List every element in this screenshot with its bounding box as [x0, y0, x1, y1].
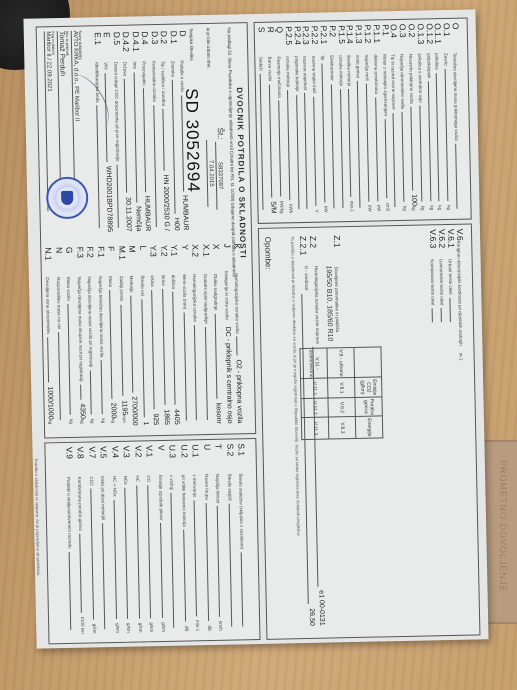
field-code: P.2.5	[284, 26, 293, 56]
field-value: S/M	[270, 201, 277, 214]
field-code: D.4.1	[131, 31, 140, 61]
field-code: P.2.4	[293, 26, 302, 56]
field-unit: dB	[183, 626, 188, 632]
field-label: Barva vozila	[267, 57, 272, 82]
field-code: S.2	[225, 443, 234, 473]
field-code: N	[54, 247, 63, 277]
field-line	[160, 523, 169, 618]
field-row: V.1COg/km	[145, 445, 157, 635]
field-unit: l/100 km	[79, 617, 84, 634]
field-value: 2700/000	[130, 396, 138, 425]
field-code: D	[178, 30, 187, 60]
field-label: Število stojišč	[226, 474, 231, 501]
series-label: Serijska številka	[188, 28, 194, 88]
field-label: Število sedežev (vključno z voznikom)	[238, 473, 244, 549]
field-code: Q	[275, 26, 284, 56]
field-line	[170, 493, 180, 628]
field-row: V.6.1Urbani testni cikel	[446, 229, 457, 329]
field-label: Največja dovoljena masa skupine vozil pr…	[76, 277, 83, 382]
field-code: F.3	[75, 247, 84, 277]
field-value: DC - priklopnik s centralno osjo	[223, 327, 232, 424]
field-row: F.2Največja dovoljena masa vozila pri re…	[86, 246, 98, 426]
field-code: O.1.2	[425, 23, 434, 53]
field-code: D.4.2	[121, 32, 130, 62]
field-label: pogonske baterije	[293, 56, 298, 92]
field-line	[241, 552, 250, 626]
field-code: X.2	[191, 244, 200, 274]
field-code: F.2	[86, 246, 95, 276]
field-line	[143, 88, 152, 191]
field-unit: m-1	[458, 353, 463, 361]
field-value: HN 2000/2530 G /	[162, 174, 170, 231]
field-line	[100, 360, 108, 414]
field-code: X	[212, 244, 221, 274]
field-label: Urbani testni cikel	[447, 259, 452, 295]
field-row: V.8Kombinirana poraba gorival/100 km	[76, 447, 88, 637]
field-line	[432, 308, 439, 322]
field-code: P.1.5	[337, 25, 346, 55]
field-code: P.1.3	[354, 25, 363, 55]
field-row: U.2pri vrtilni frekvenci motorjadB	[179, 444, 191, 634]
field-value: 1865	[162, 409, 169, 425]
field-label: Število osi	[139, 275, 144, 296]
field-label: Podatki o okoljevarstvenem razredu	[65, 477, 71, 549]
field-code: Y.3	[149, 245, 158, 275]
field-code: P.2	[328, 25, 337, 55]
table-header-co2: Emisije CO2 (g/km)	[355, 377, 382, 397]
field-label: Najvišja hitrost	[215, 474, 220, 503]
field-line	[90, 370, 98, 415]
field-code: P.1.1	[372, 24, 381, 54]
field-line	[58, 332, 67, 420]
field-label: CO2	[88, 476, 93, 485]
field-label: Kombinirani testni cikel	[429, 259, 434, 305]
field-code: X.1	[201, 244, 210, 274]
field-unit: mm	[121, 415, 126, 423]
field-label: največja moč	[364, 55, 369, 81]
panel-consumption-remarks: V.6Korigiran absorpcijski koeficient pri…	[258, 223, 481, 639]
field-label: Zavrto	[443, 53, 448, 66]
field-label: Nezavrto priklopno vozilo	[408, 54, 414, 104]
technical-fields-list: OTehnično dovoljena masa priklopnega voz…	[255, 19, 467, 23]
field-unit: kg	[68, 419, 73, 424]
field-code: K	[233, 243, 242, 273]
field-line	[236, 337, 243, 356]
field-label: pri vrtilni frekvenci motorja	[180, 475, 186, 527]
field-line	[130, 295, 139, 392]
field-code: V.1	[145, 445, 154, 475]
z21-code: Z.2.1	[299, 236, 308, 266]
field-code: U	[202, 444, 211, 474]
field-label: Korigiran absorpcijski koeficient pri di…	[456, 241, 463, 346]
field-code: V.6.3	[428, 229, 437, 259]
field-code: Y.1	[170, 245, 179, 275]
field-unit: min-1	[349, 201, 354, 212]
z2-value: e1 00-0131	[316, 590, 325, 626]
emissions-table-header: Emisije CO2 (g/km) Poraba goriva Energij…	[354, 347, 383, 439]
field-value: 100	[410, 194, 417, 206]
field-code: O.1	[442, 23, 451, 53]
field-unit: cm3	[384, 203, 389, 212]
field-unit: g/km	[91, 624, 96, 634]
field-line	[194, 500, 203, 616]
z21-value: 26,50	[306, 608, 315, 626]
field-label: Datum izdaje COC dokumenta ali prve regi…	[112, 62, 119, 162]
field-value: O2 - priklopna vozila	[235, 359, 243, 423]
field-code: U.3	[168, 445, 177, 475]
official-stamp	[46, 176, 89, 219]
field-code: E	[102, 32, 111, 62]
conformity-certificate-sheet: DVOCNIK POTRDILA O SKLADNOSTI Na podlagi…	[23, 9, 488, 648]
field-label: nazivna trajna moč	[311, 56, 316, 94]
consumption-fields-list: V.6Korigiran absorpcijski koeficient pri…	[259, 224, 471, 228]
field-code: V.4	[110, 446, 119, 476]
field-value: 30.11.2007	[124, 197, 132, 232]
field-code: N.1	[44, 247, 53, 277]
field-line	[79, 534, 88, 613]
field-label: prikolica	[434, 53, 439, 70]
tires-label: Dovoljene pnevmatike in platišča	[334, 267, 340, 333]
field-label: Zadnji previs	[118, 276, 123, 302]
field-value: 925	[152, 413, 159, 425]
field-value: 1195	[120, 400, 127, 415]
field-value: HUMBAUR	[181, 195, 189, 231]
field-code: D.2	[159, 31, 168, 61]
field-label: Tip / različica / izvedba	[160, 61, 165, 106]
field-unit: kW	[367, 205, 372, 212]
field-row: U.1v mirovanjumin-1	[191, 444, 203, 634]
field-value: WHD2001BPD78895	[105, 166, 113, 232]
field-line	[449, 297, 457, 322]
field-unit: kg	[411, 206, 416, 211]
field-line	[47, 337, 55, 382]
field-code: Y	[180, 244, 189, 274]
field-code: V.8	[76, 447, 85, 477]
field-code: V.6.2	[437, 229, 446, 259]
field-line	[147, 485, 157, 619]
field-code: D.4	[140, 31, 149, 61]
field-unit: kg	[100, 418, 105, 423]
field-unit: g/km	[160, 622, 165, 632]
field-line	[172, 292, 181, 405]
field-code: S.1	[237, 443, 246, 473]
panel-technical-fields: OTehnično dovoljena masa priklopnega voz…	[254, 18, 472, 224]
field-code: V.2	[133, 445, 142, 475]
number-value: S8337097	[216, 142, 224, 210]
field-row: V.7CO2g/km	[87, 446, 99, 636]
field-row: S.2Število stojišč	[225, 443, 237, 633]
field-code: L	[138, 245, 147, 275]
field-line	[109, 290, 118, 399]
z2-label: Homologacijska oznaka vezne naprave	[309, 266, 319, 344]
field-label: številka motorja	[346, 55, 351, 86]
field-code: O.2	[407, 24, 416, 54]
field-line	[136, 485, 146, 619]
field-line	[151, 290, 161, 410]
field-line	[124, 488, 134, 619]
field-value: HUMBAUR	[143, 196, 151, 232]
field-code: D.3	[150, 31, 159, 61]
field-line	[116, 165, 124, 228]
field-label: oznaka motorja	[337, 55, 342, 86]
issued-label: ki je bilo izdano dne:	[206, 28, 212, 69]
field-label: Razmerje moč/masa	[276, 56, 281, 97]
field-code: S	[258, 27, 267, 57]
field-value: 1000/1000	[46, 386, 54, 419]
field-code: E.1	[93, 32, 102, 62]
field-row: V.6Korigiran absorpcijski koeficient pri…	[455, 229, 466, 329]
field-label: Homologacijska oznaka	[191, 274, 196, 322]
field-line	[102, 523, 111, 629]
field-value: 2000	[110, 403, 117, 419]
field-label: Znamka	[169, 61, 174, 77]
field-label: Homologacijska oznaka vozila	[233, 273, 239, 333]
field-code: P.2.1	[319, 25, 328, 55]
number-label: Št.:	[216, 128, 225, 140]
issued-date: 7.04.2015	[207, 140, 215, 207]
field-label: Elektromotor	[329, 55, 334, 81]
field-unit: V	[314, 210, 319, 213]
field-code: P.1	[381, 24, 390, 54]
field-unit: kg	[420, 206, 425, 211]
field-label: v vožnji	[169, 475, 174, 490]
field-row: TNajvišja hitrostkm/h	[214, 444, 226, 634]
field-unit: kW	[376, 205, 381, 212]
field-unit: kWh	[288, 204, 293, 213]
field-label: širina	[160, 275, 165, 286]
field-label: prikolica s centralno osjo	[417, 53, 423, 102]
field-unit: kg	[47, 420, 52, 425]
remarks-label: Opombe:	[263, 237, 272, 270]
field-label: HC	[134, 475, 139, 482]
field-line	[90, 489, 100, 620]
field-row: U.3v vožnji	[168, 445, 180, 635]
field-code: F	[107, 246, 116, 276]
field-row: V.4HC + NOxg/km	[110, 446, 122, 636]
field-unit: kg	[402, 206, 407, 211]
field-unit: g/km	[126, 623, 131, 633]
field-label: Država	[122, 62, 127, 76]
field-code: V.5	[99, 446, 108, 476]
field-unit: min-1	[195, 620, 200, 631]
field-row: V.5Delci pri dizel motorjih	[99, 446, 111, 636]
field-unit: kg	[429, 205, 434, 210]
field-label: Medosje	[128, 276, 133, 293]
field-unit: kg	[446, 205, 451, 210]
table-header-fuel: Poraba goriva	[355, 397, 382, 417]
field-code: F.1	[96, 246, 105, 276]
field-label: Masa vozila	[65, 277, 70, 301]
field-line	[228, 504, 238, 627]
field-unit: kg	[79, 419, 84, 424]
field-unit: kW/kg	[279, 201, 284, 214]
field-code: O	[451, 23, 460, 53]
stamp-emblem-icon	[61, 191, 73, 205]
field-code: V.7	[87, 446, 96, 476]
field-label: Največja dovoljena masa vozila pri regis…	[86, 276, 92, 367]
field-code: V.9	[64, 447, 73, 477]
field-code: P.1.2	[363, 25, 372, 55]
field-label: Masa	[107, 276, 112, 287]
field-row: N.1Dovoljena osna obremenitev1000/1000kg	[43, 247, 56, 427]
panel-emissions-fields: S.1Število sedežev (vključno z voznikom)…	[44, 438, 260, 644]
field-label: Mere vozila (mm)	[181, 274, 186, 309]
field-label: Oblika nadgradnje	[212, 274, 217, 311]
field-label: v mirovanju	[192, 474, 197, 497]
table-header-energy: Energija	[355, 416, 382, 438]
field-code: D.5	[112, 32, 121, 62]
field-label: Izvenmestni testni cikel	[438, 259, 443, 305]
field-label: Ime	[131, 61, 136, 69]
field-label: Emisije izpušnih plinov	[157, 475, 162, 520]
field-unit: kg	[110, 418, 115, 423]
field-line	[204, 327, 213, 420]
field-code: U.2	[179, 444, 188, 474]
field-label: Podatki o vozilu	[179, 60, 184, 92]
z21-label: D - vrednost	[299, 266, 308, 291]
field-unit: g/km	[149, 622, 154, 632]
field-code: M.1	[117, 246, 126, 276]
field-unit: kg	[89, 419, 94, 424]
field-label: CO	[146, 475, 151, 482]
field-line	[162, 109, 170, 170]
field-row: V.6.2Izvenmestni testni cikel	[437, 229, 448, 329]
field-unit: dB	[206, 625, 211, 631]
panel-main-fields: DVOCNIK POTRDILA O SKLADNOSTI Na podlagi…	[36, 22, 257, 438]
field-value: Nemčija	[134, 206, 142, 231]
field-value: 1	[141, 421, 148, 425]
field-label: oznaka motorja	[285, 56, 290, 87]
field-label: vrsta goriva	[355, 55, 360, 78]
field-label: Dodatni opisi nadgradnje	[202, 274, 208, 324]
field-code: P.2.2	[310, 26, 319, 56]
field-code: Y.2	[159, 245, 168, 275]
field-code: J	[222, 244, 231, 272]
field-value: 4350	[78, 403, 85, 419]
field-row: V.9Podatki o okoljevarstvenem razredu	[64, 447, 76, 637]
field-label: Kategorija in vrsta vozila	[223, 271, 229, 320]
field-code: D.1	[169, 31, 178, 61]
field-label: Sedeži	[258, 57, 263, 71]
field-row: V.3NOxg/km	[122, 446, 134, 636]
field-label: tip	[320, 56, 325, 61]
field-line	[455, 144, 463, 209]
field-label: Dovoljena osna obremenitev	[44, 277, 50, 334]
field-unit: kg	[437, 205, 442, 210]
tires-code: Z.1	[333, 235, 342, 265]
field-unit: km/h	[218, 621, 223, 631]
field-label: Največja obremenitev sedla	[399, 54, 405, 109]
field-value: H00	[172, 218, 179, 231]
field-row: V.6.3Kombinirani testni cikel	[428, 229, 439, 329]
field-line	[113, 500, 123, 620]
field-code: M	[128, 245, 137, 275]
field-label: delovna prostornina	[373, 54, 378, 94]
field-code: G	[65, 247, 74, 277]
field-label: višina	[149, 275, 154, 287]
field-line	[217, 506, 226, 617]
field-code: V	[156, 445, 165, 475]
field-label: Delci pri dizel motorjih	[100, 476, 105, 520]
field-row: S.1Število sedežev (vključno z voznikom)	[237, 443, 249, 633]
field-line	[67, 304, 76, 416]
field-label: Kombinirana poraba goriva	[77, 477, 83, 531]
field-code: O.1.3	[416, 23, 425, 53]
field-row: URaven hrupadB	[202, 444, 214, 634]
field-code: R	[266, 27, 275, 57]
field-unit: g/km	[114, 623, 119, 633]
field-code: T	[214, 444, 223, 474]
field-line	[80, 384, 87, 399]
field-label: dolžina	[170, 275, 175, 289]
field-value: 4405	[173, 409, 180, 425]
field-code: U.1	[191, 444, 200, 474]
field-value: kesonr	[215, 403, 222, 424]
field-code: V.3	[122, 446, 131, 476]
field-label: Največja tehnično dovoljena masa vozila	[97, 276, 103, 357]
field-unit: kW	[323, 206, 328, 213]
field-label: Proizvajalec	[141, 61, 146, 85]
field-row: VEmisije izpušnih plinovg/km	[156, 445, 168, 635]
field-code: O.4	[390, 24, 399, 54]
field-line	[441, 308, 448, 322]
field-label: nazivna napetost	[302, 56, 307, 90]
field-label: HC + NOx	[111, 476, 116, 497]
field-code: V.6	[455, 229, 464, 241]
field-line	[384, 119, 393, 199]
field-label: polpriklopnik	[425, 53, 430, 78]
field-label: NOx	[123, 476, 128, 485]
field-code: O.3	[398, 24, 407, 54]
field-unit: g/km	[137, 623, 142, 633]
field-label: VIN	[103, 62, 108, 70]
field-line	[205, 503, 214, 622]
field-line	[68, 551, 77, 630]
field-label: Raven hrupa	[203, 474, 208, 500]
z2-code: Z.2	[309, 236, 318, 266]
emissions-fields-list: S.1Število sedežev (vključno z voznikom)…	[45, 439, 255, 443]
field-line	[120, 304, 129, 396]
field-label: Komercialna oznaka	[150, 61, 155, 102]
field-row: V.2HCg/km	[133, 445, 145, 635]
field-code: V.6.1	[446, 229, 455, 259]
field-label: Razporeditev mase na osi	[55, 277, 61, 329]
field-line	[183, 530, 192, 622]
